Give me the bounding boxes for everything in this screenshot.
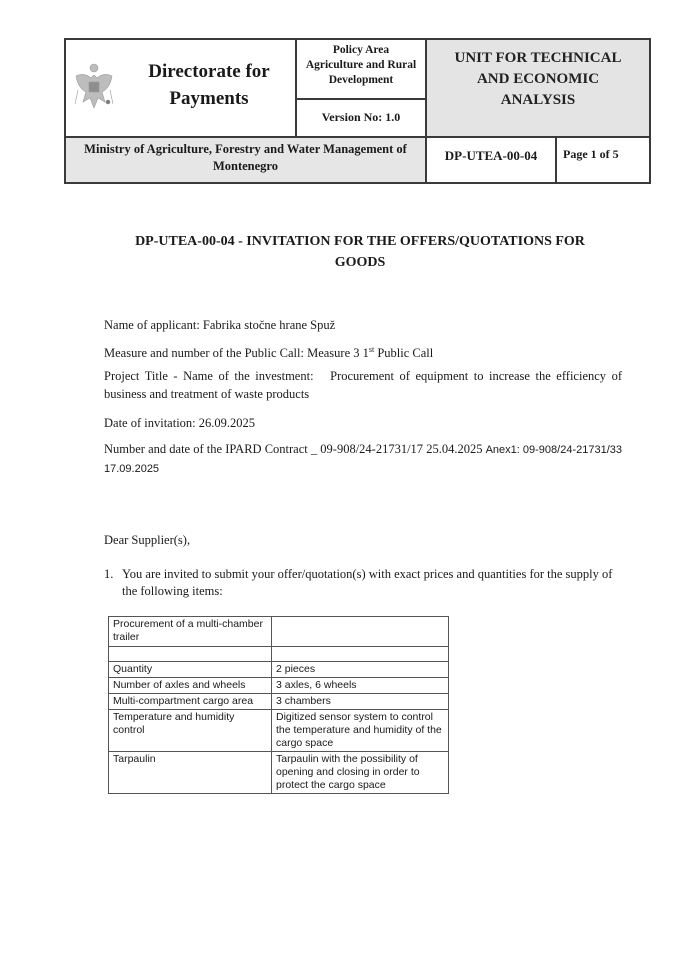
page-number-cell: Page 1 of 5 bbox=[557, 136, 649, 182]
date-value: 26.09.2025 bbox=[199, 416, 255, 430]
document-title: DP-UTEA-00-04 - INVITATION FOR THE OFFER… bbox=[95, 231, 625, 273]
table-cell-key: Number of axles and wheels bbox=[109, 678, 272, 694]
title-line: GOODS bbox=[95, 252, 625, 273]
policy-area: Policy Area Agriculture and Rural Develo… bbox=[297, 40, 425, 88]
organization-line: Payments bbox=[124, 85, 294, 112]
contract-field: Number and date of the IPARD Contract _ … bbox=[104, 440, 622, 478]
table-cell-value: 3 axles, 6 wheels bbox=[272, 678, 449, 694]
applicant-value: Fabrika stočne hrane Spuž bbox=[203, 318, 335, 332]
table-row: Number of axles and wheels 3 axles, 6 wh… bbox=[109, 678, 449, 694]
table-cell-key: Tarpaulin bbox=[109, 752, 272, 794]
list-number: 1. bbox=[104, 566, 113, 583]
project-label: Project Title - Name of the investment: bbox=[104, 369, 314, 383]
coat-of-arms-icon bbox=[72, 62, 116, 116]
ministry-cell: Ministry of Agriculture, Forestry and Wa… bbox=[66, 136, 427, 182]
table-cell-key: Temperature and humidity control bbox=[109, 710, 272, 752]
table-cell-key bbox=[109, 647, 272, 662]
table-row: Multi-compartment cargo area 3 chambers bbox=[109, 694, 449, 710]
contract-label: Number and date of the IPARD Contract _ bbox=[104, 442, 317, 456]
table-row: Procurement of a multi-chamber trailer bbox=[109, 617, 449, 647]
version-cell: Version No: 1.0 bbox=[297, 100, 427, 136]
unit-cell: UNIT FOR TECHNICAL AND ECONOMIC ANALYSIS bbox=[427, 40, 649, 136]
ministry-name: Ministry of Agriculture, Forestry and Wa… bbox=[66, 138, 425, 175]
table-cell-value: 3 chambers bbox=[272, 694, 449, 710]
list-item: 1. You are invited to submit your offer/… bbox=[104, 566, 624, 600]
document-code: DP-UTEA-00-04 bbox=[427, 138, 555, 164]
measure-field: Measure and number of the Public Call: M… bbox=[104, 341, 624, 362]
version-number: Version No: 1.0 bbox=[297, 100, 425, 125]
applicant-label: Name of applicant: bbox=[104, 318, 200, 332]
policy-area-line: Policy Area bbox=[297, 43, 425, 58]
items-table: Procurement of a multi-chamber trailer Q… bbox=[108, 616, 449, 794]
policy-area-line: Agriculture and Rural bbox=[297, 58, 425, 73]
ministry-line: Ministry of Agriculture, Forestry and Wa… bbox=[66, 141, 425, 158]
table-cell-value bbox=[272, 647, 449, 662]
table-row bbox=[109, 647, 449, 662]
unit-line: ANALYSIS bbox=[427, 90, 649, 111]
table-cell-value bbox=[272, 617, 449, 647]
date-label: Date of invitation: bbox=[104, 416, 196, 430]
contract-value: 09-908/24-21731/17 25.04.2025 bbox=[320, 442, 482, 456]
unit-line: AND ECONOMIC bbox=[427, 69, 649, 90]
table-cell-value: Digitized sensor system to control the t… bbox=[272, 710, 449, 752]
table-cell-value: 2 pieces bbox=[272, 662, 449, 678]
ministry-line: Montenegro bbox=[66, 158, 425, 175]
policy-area-line: Development bbox=[297, 73, 425, 88]
table-cell-key: Multi-compartment cargo area bbox=[109, 694, 272, 710]
date-field: Date of invitation: 26.09.2025 bbox=[104, 414, 624, 432]
table-row: Quantity 2 pieces bbox=[109, 662, 449, 678]
list-text: You are invited to submit your offer/quo… bbox=[122, 566, 624, 600]
unit-name: UNIT FOR TECHNICAL AND ECONOMIC ANALYSIS bbox=[427, 40, 649, 111]
measure-label: Measure and number of the Public Call: bbox=[104, 346, 304, 360]
table-row: Tarpaulin Tarpaulin with the possibility… bbox=[109, 752, 449, 794]
policy-area-cell: Policy Area Agriculture and Rural Develo… bbox=[297, 40, 427, 100]
page-number: Page 1 of 5 bbox=[557, 138, 649, 162]
table-row: Temperature and humidity control Digitiz… bbox=[109, 710, 449, 752]
table-cell-key: Quantity bbox=[109, 662, 272, 678]
measure-value-call: Public Call bbox=[374, 346, 433, 360]
organization-name: Directorate for Payments bbox=[124, 58, 294, 112]
organization-line: Directorate for bbox=[124, 58, 294, 85]
table-cell-key: Procurement of a multi-chamber trailer bbox=[109, 617, 272, 647]
measure-value-number: Measure 3 1 bbox=[307, 346, 369, 360]
unit-line: UNIT FOR TECHNICAL bbox=[427, 48, 649, 69]
salutation: Dear Supplier(s), bbox=[104, 531, 624, 549]
applicant-field: Name of applicant: Fabrika stočne hrane … bbox=[104, 316, 624, 334]
document-header-table: Directorate for Payments Policy Area Agr… bbox=[64, 38, 651, 184]
document-code-cell: DP-UTEA-00-04 bbox=[427, 136, 557, 182]
measure-value: Measure 3 1st Public Call bbox=[307, 346, 433, 360]
project-field: Project Title - Name of the investment: … bbox=[104, 367, 622, 403]
table-cell-value: Tarpaulin with the possibility of openin… bbox=[272, 752, 449, 794]
directorate-cell: Directorate for Payments bbox=[66, 40, 297, 136]
title-line: DP-UTEA-00-04 - INVITATION FOR THE OFFER… bbox=[95, 231, 625, 252]
